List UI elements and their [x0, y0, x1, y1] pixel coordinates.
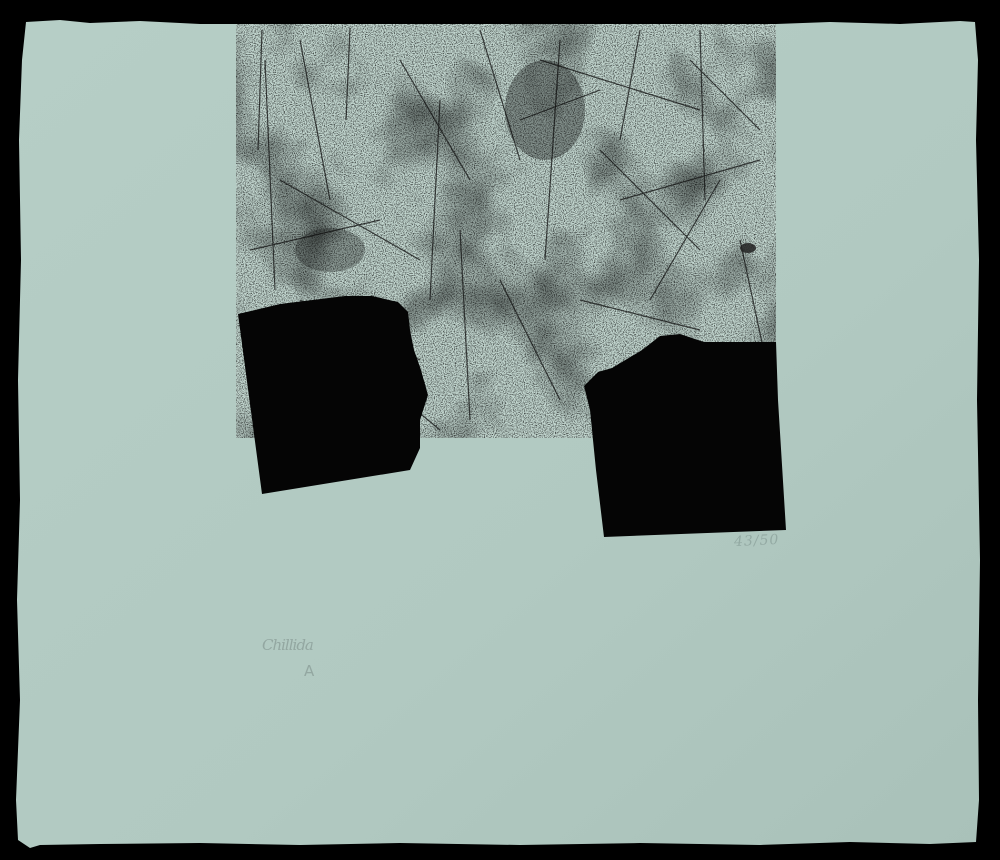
signature-mark: A [304, 662, 314, 680]
artist-signature: Chillida [262, 636, 313, 654]
edition-number: 43/50 [734, 532, 780, 550]
paper-sheet [0, 0, 1000, 860]
left-black-block[interactable] [238, 296, 428, 494]
artwork-canvas: 43/50 Chillida A [0, 0, 1000, 860]
print-illustration [0, 0, 1000, 860]
